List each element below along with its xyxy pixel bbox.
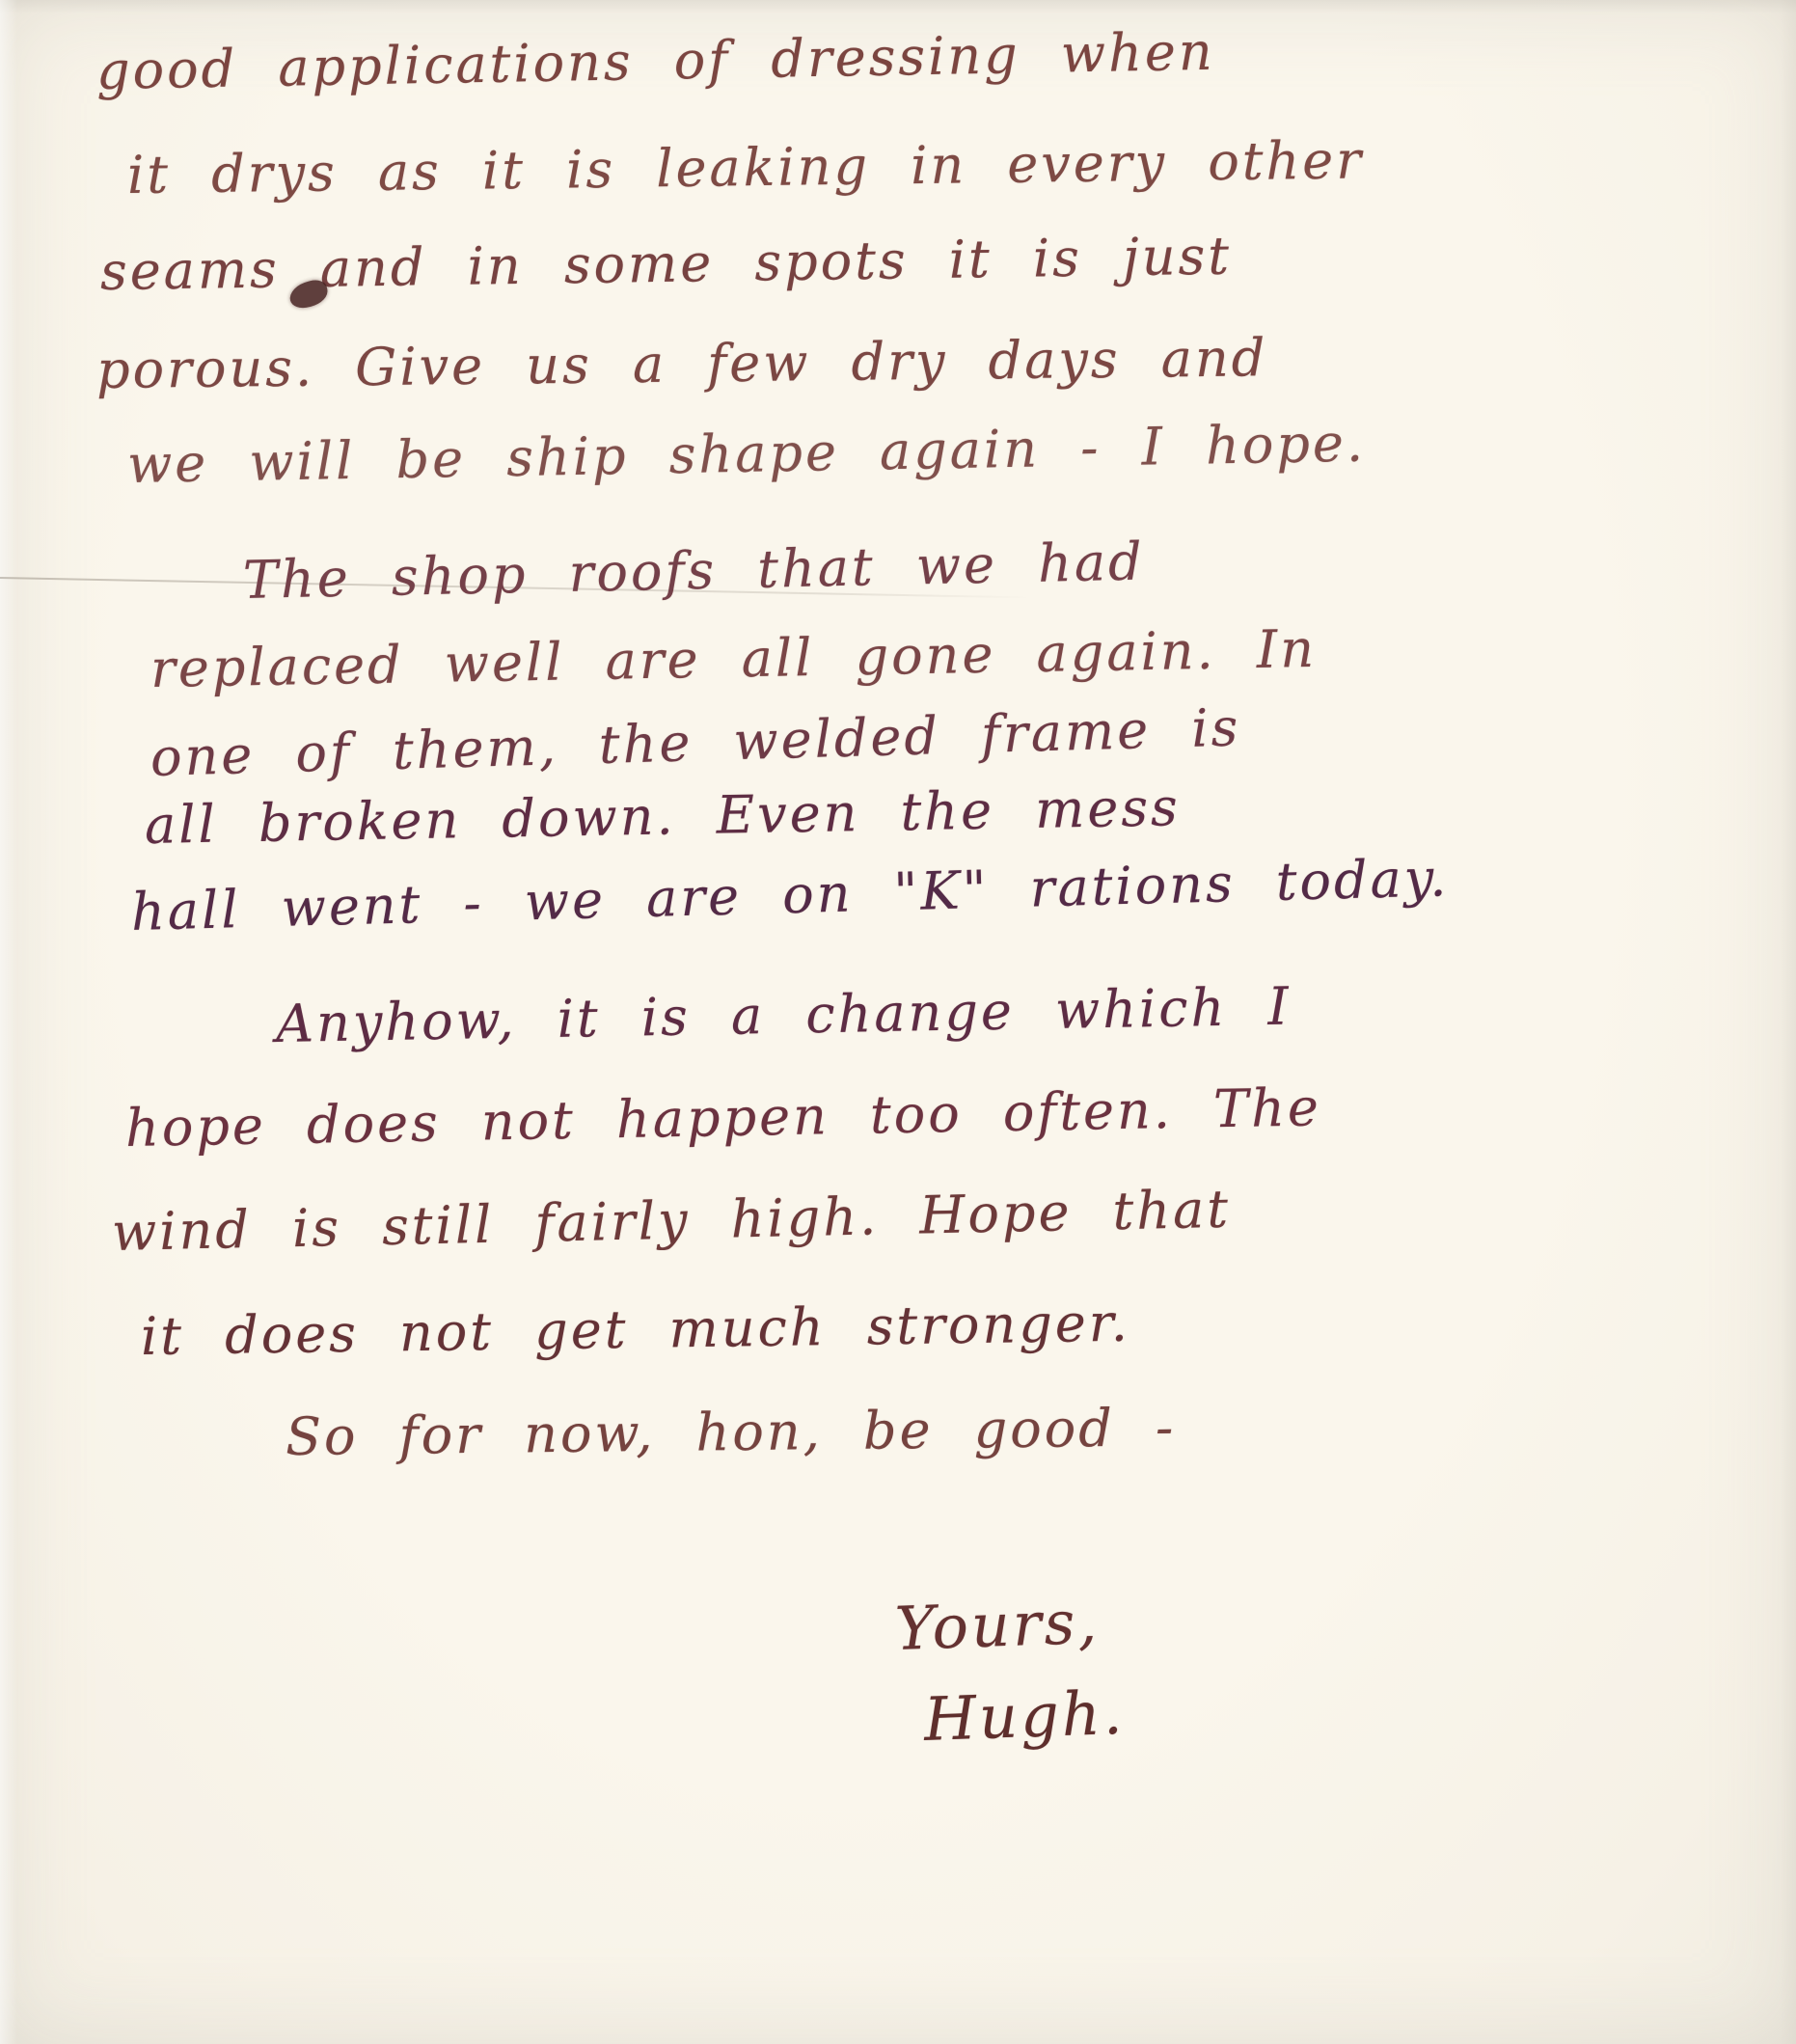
- handwriting-line: it does not get much stronger.: [141, 1293, 1131, 1367]
- handwriting-line: one of them, the welded frame is: [150, 696, 1241, 788]
- handwriting-line: seams and in some spots it is just: [100, 226, 1233, 302]
- handwriting-line: hall went - we are on "K" rations today.: [130, 847, 1450, 942]
- handwriting-line: replaced well are all gone again. In: [150, 618, 1317, 699]
- handwriting-line: we will be ship shape again - I hope.: [126, 413, 1366, 495]
- handwriting-line: hope does not happen too often. The: [124, 1077, 1321, 1158]
- handwriting-line paragraph-start: Anyhow, it is a change which I: [275, 976, 1292, 1054]
- handwriting-line: porous. Give us a few dry days and: [96, 327, 1268, 400]
- handwriting-line: all broken down. Even the mess: [144, 777, 1181, 856]
- signature-closing: Yours,: [894, 1587, 1101, 1664]
- signature-name: Hugh.: [923, 1677, 1127, 1755]
- letter-page: good applications of dressing when it dr…: [0, 0, 1796, 2044]
- handwriting-line: it drys as it is leaking in every other: [127, 129, 1365, 205]
- handwriting-line paragraph-start: The shop roofs that we had: [242, 531, 1145, 611]
- handwriting-line: good applications of dressing when: [95, 21, 1215, 101]
- handwriting-line closing-line: So for now, hon, be good -: [286, 1397, 1177, 1467]
- handwriting-line: wind is still fairly high. Hope that: [111, 1179, 1231, 1263]
